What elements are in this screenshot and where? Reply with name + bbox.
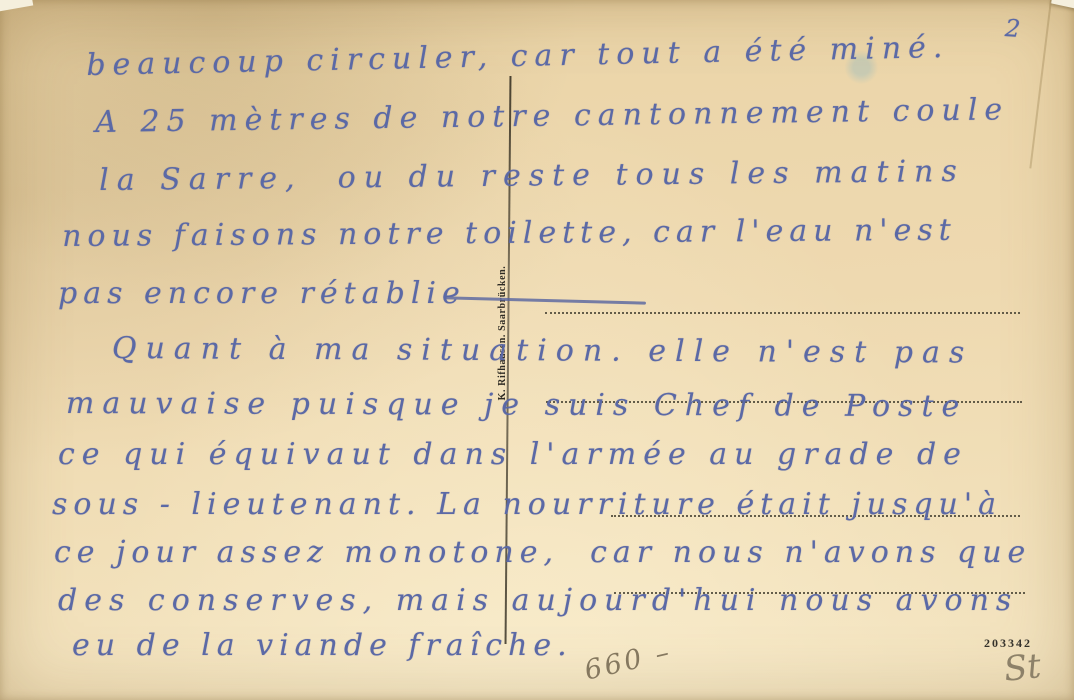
- handwriting-line: mauvaise puisque je suis Chef de Poste: [66, 386, 967, 424]
- paper-crease: [1029, 0, 1052, 168]
- handwriting-line: Quant à ma situation. elle n'est pas: [112, 331, 974, 371]
- page-number: 2: [1004, 14, 1021, 43]
- handwriting-line: nous faisons notre toilette, car l'eau n…: [62, 213, 957, 254]
- handwriting-line: ce jour assez monotone, car nous n'avons…: [54, 535, 1031, 570]
- handwriting-line: beaucoup circuler, car tout a été miné.: [86, 30, 950, 83]
- price-annotation: 660 –: [582, 636, 675, 686]
- handwriting-line: ce qui équivaut dans l'armée au grade de: [58, 437, 968, 472]
- scan-edge-top-left: [0, 0, 33, 12]
- address-dotted-line: [545, 312, 1020, 314]
- initials-annotation: St: [1002, 646, 1043, 690]
- handwriting-line: la Sarre, ou du reste tous les matins: [99, 154, 965, 198]
- handwriting-line: eu de la viande fraîche.: [72, 628, 573, 663]
- handwriting-line: sous - lieutenant. La nourriture était j…: [52, 487, 1002, 522]
- handwriting-line: A 25 mètres de notre cantonnement coule: [95, 92, 1009, 140]
- handwriting-line: des conserves, mais aujourd'hui nous avo…: [58, 583, 1018, 618]
- postcard-back: K. Rifhausen. Saarbrücken. 2 beaucoup ci…: [0, 0, 1074, 700]
- pen-flourish-stroke: [446, 296, 646, 304]
- scan-edge-top-right: [1051, 0, 1074, 10]
- handwriting-line: pas encore rétablie: [58, 276, 466, 311]
